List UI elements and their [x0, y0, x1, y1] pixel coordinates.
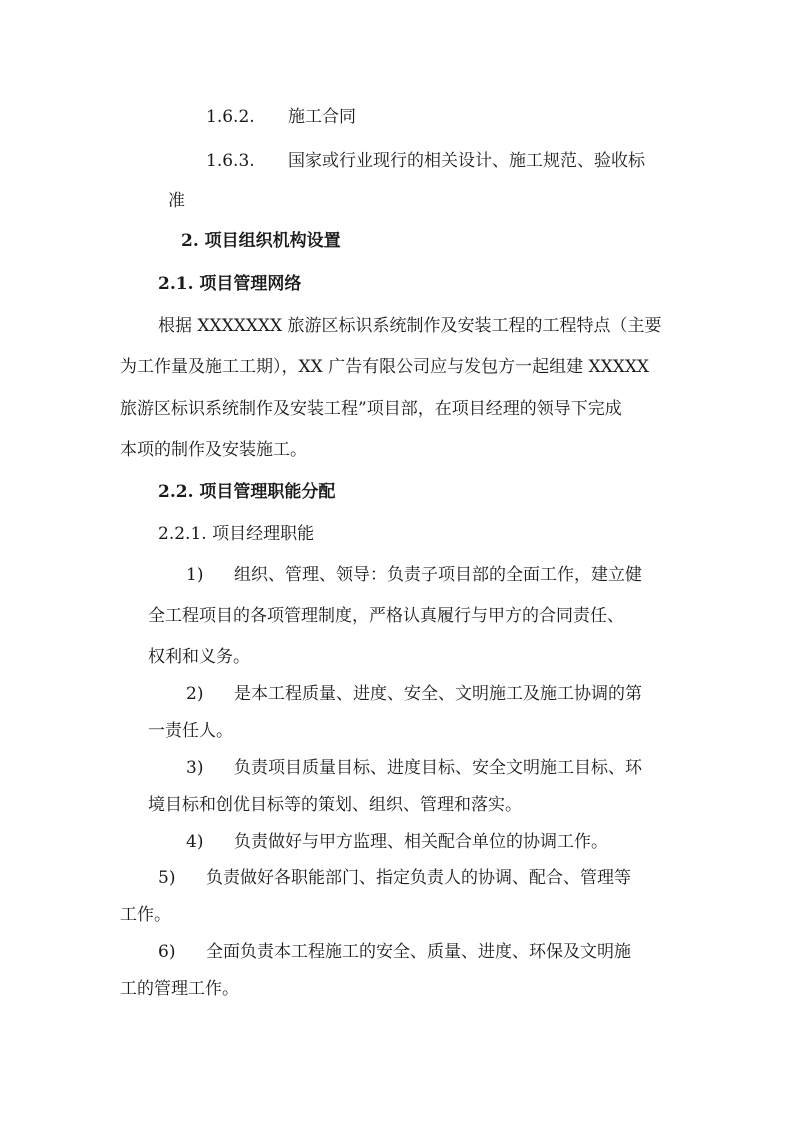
duty-text: 全工程项目的各项管理制度，严格认真履行与甲方的合同责任、 [148, 605, 624, 627]
duty-text: 一责任人。 [148, 720, 233, 742]
duty-number: 6) [158, 941, 175, 963]
duty-number: 4) [186, 831, 203, 853]
duty-number: 1) [186, 564, 203, 586]
duty-number: 2) [186, 683, 203, 705]
item-1-6-2-text: 施工合同 [288, 106, 356, 128]
duty-text: 负责项目质量目标、进度目标、安全文明施工目标、环 [234, 757, 642, 779]
duty-text: 工的管理工作。 [120, 978, 239, 1000]
section-2-heading: 2. 项目组织机构设置 [181, 230, 341, 252]
paragraph-line: 根据 XXXXXXX 旅游区标识系统制作及安装工程的工程特点（主要 [158, 315, 662, 337]
item-1-6-3: 1.6.3. [206, 150, 255, 172]
paragraph-line: 本项的制作及安装施工。 [120, 439, 307, 461]
item-number: 1.6.2. [206, 106, 255, 128]
duty-text: 境目标和创优目标等的策划、组织、管理和落实。 [148, 794, 522, 816]
section-2-1-heading: 2.1. 项目管理网络 [158, 273, 301, 295]
duty-text: 负责做好各职能部门、指定负责人的协调、配合、管理等 [206, 867, 631, 889]
paragraph-line: 为工作量及施工工期），XX 广告有限公司应与发包方一起组建 XXXXX [120, 356, 649, 378]
duty-number: 3) [186, 757, 203, 779]
duty-text: 组织、管理、领导：负责子项目部的全面工作，建立健 [234, 564, 642, 586]
duty-text: 是本工程质量、进度、安全、文明施工及施工协调的第 [234, 683, 642, 705]
duty-number: 5) [158, 867, 175, 889]
duty-text: 权利和义务。 [148, 646, 250, 668]
duty-text: 负责做好与甲方监理、相关配合单位的协调工作。 [234, 831, 608, 853]
item-1-6-2: 1.6.2. [206, 106, 255, 128]
item-1-6-3-continuation: 准 [168, 190, 185, 212]
section-2-2-heading: 2.2. 项目管理职能分配 [158, 481, 335, 503]
paragraph-line: 旅游区标识系统制作及安装工程”项目部，在项目经理的领导下完成 [120, 398, 622, 420]
duty-text: 全面负责本工程施工的安全、质量、进度、环保及文明施 [206, 941, 631, 963]
section-2-2-1-heading: 2.2.1. 项目经理职能 [158, 523, 314, 545]
item-number: 1.6.3. [206, 150, 255, 172]
duty-text: 工作。 [120, 904, 171, 926]
item-1-6-3-text: 国家或行业现行的相关设计、施工规范、验收标 [288, 150, 645, 172]
